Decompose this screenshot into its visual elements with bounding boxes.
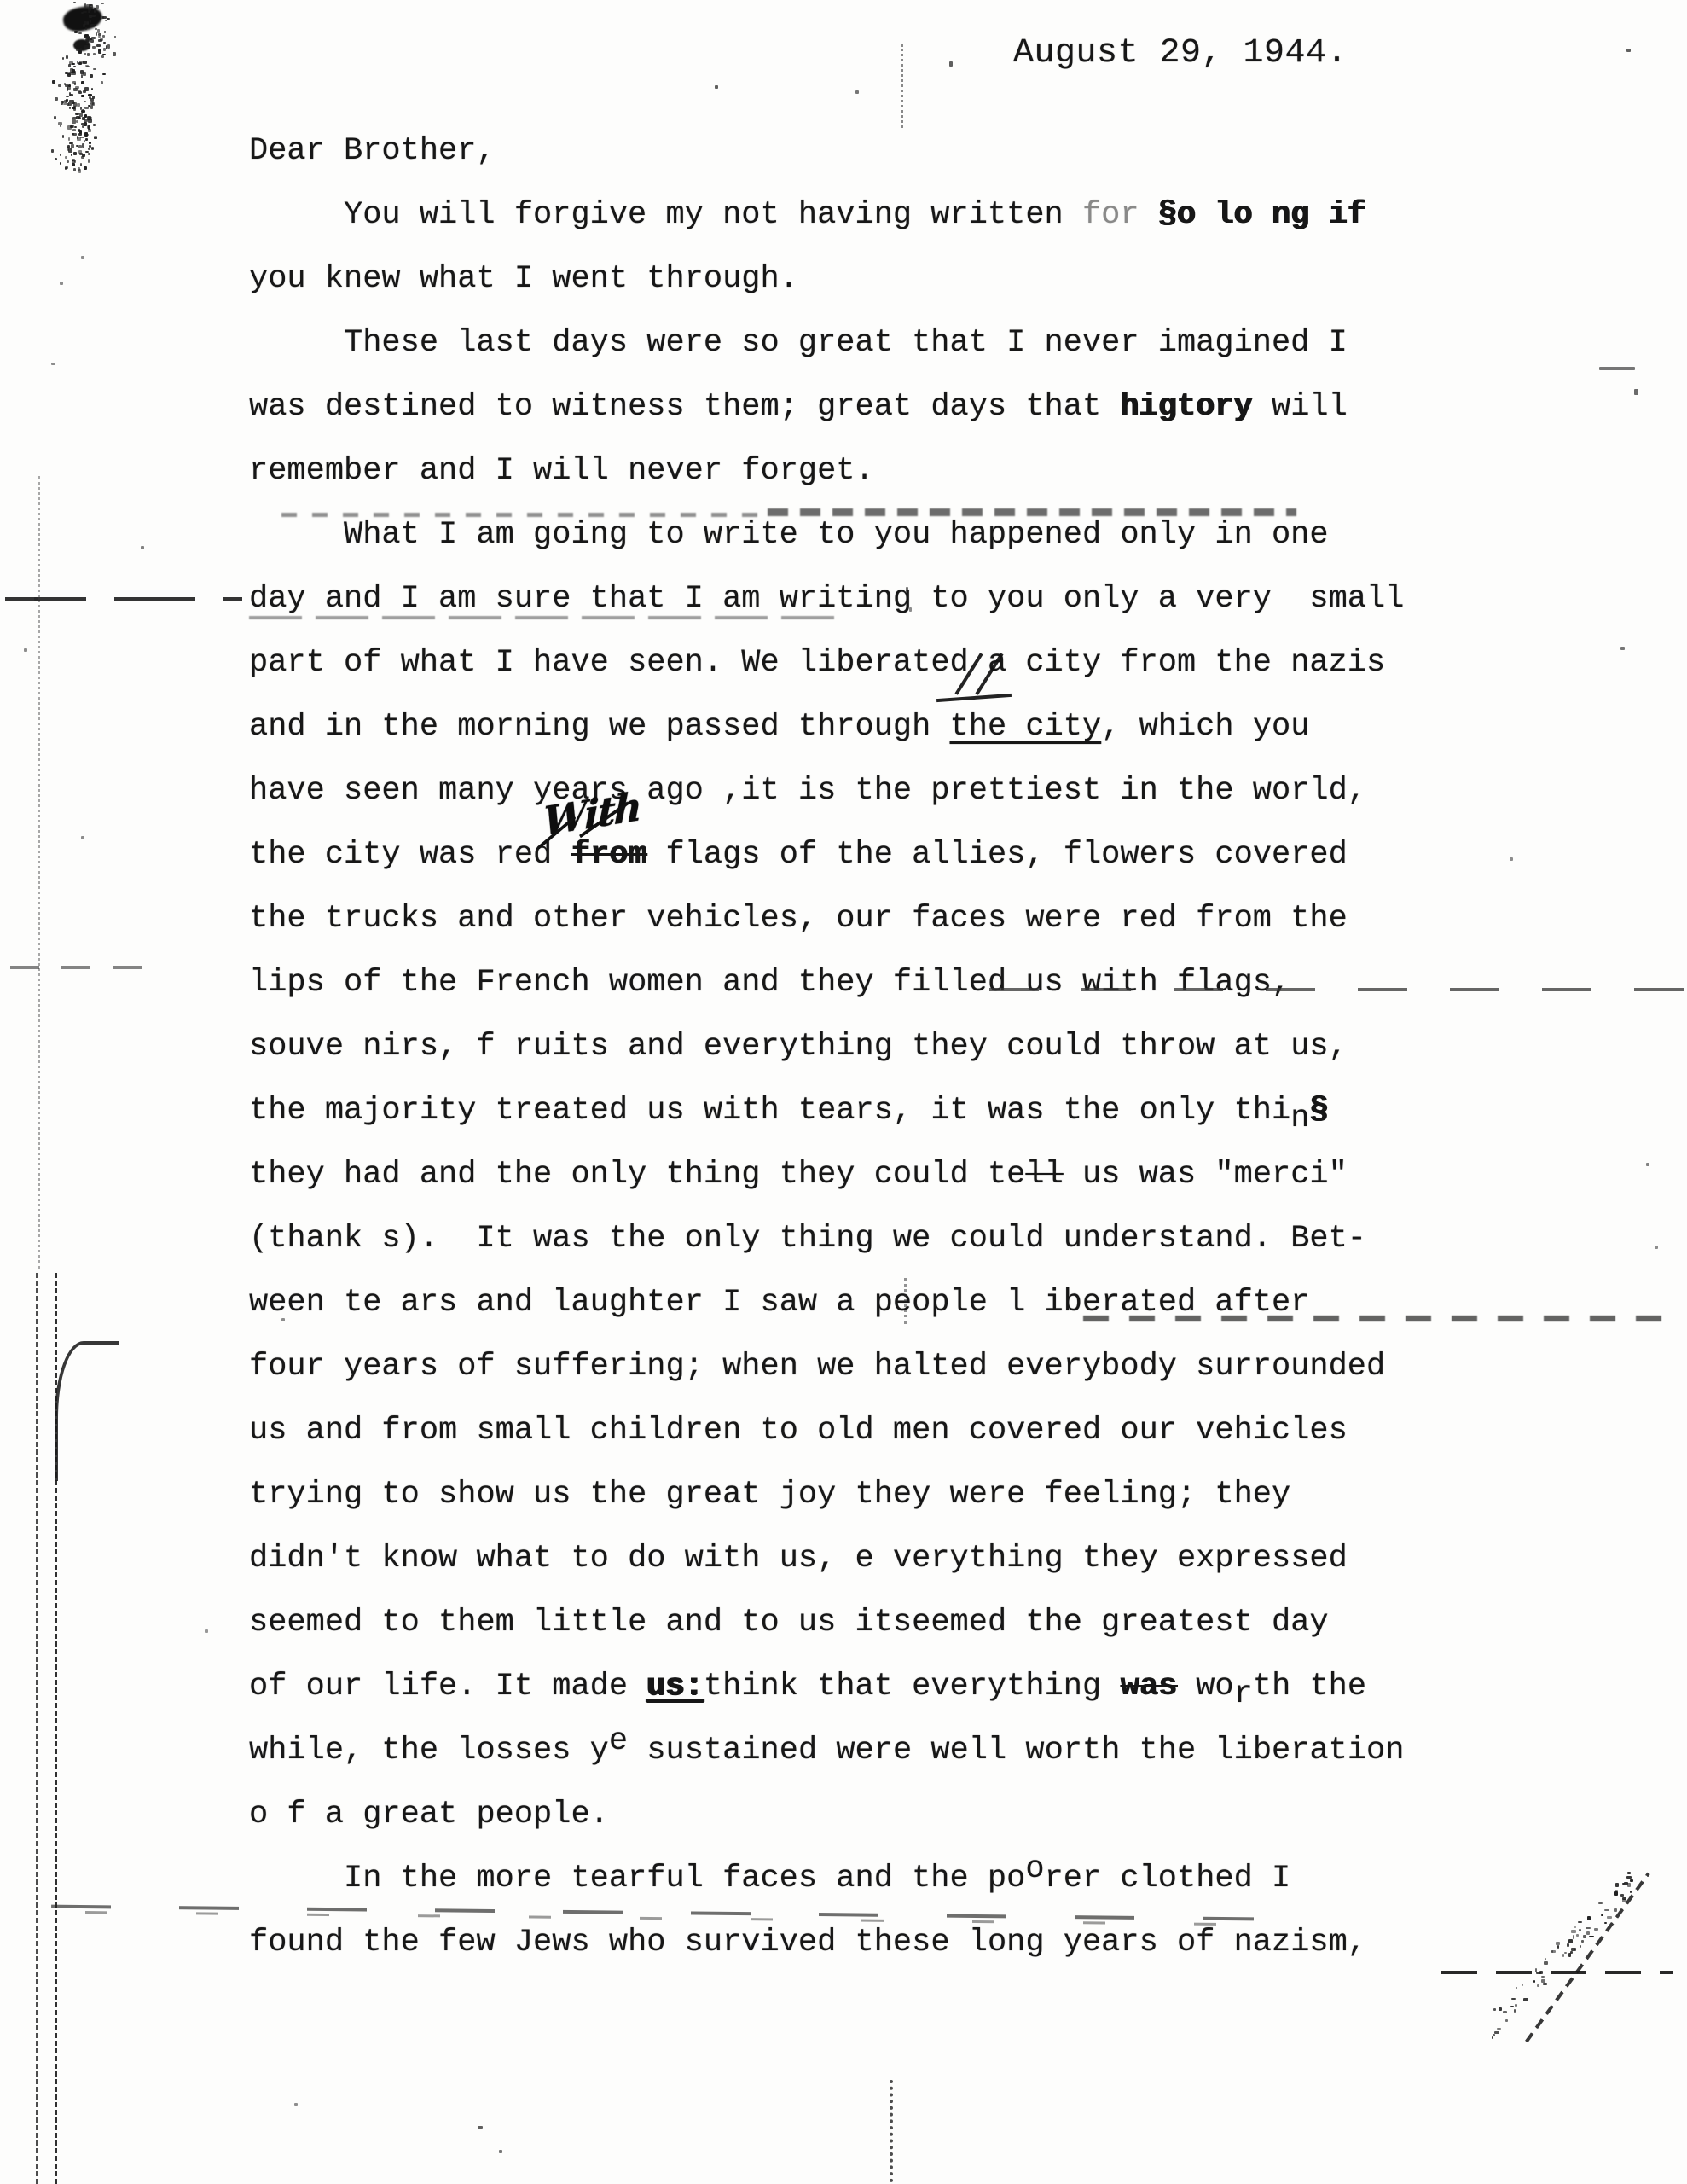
text-segment: day and I am sure that I am writing to y… bbox=[249, 581, 1404, 617]
ink-speck bbox=[81, 74, 83, 78]
ink-speck bbox=[1599, 367, 1635, 370]
ink-speck bbox=[97, 29, 99, 33]
letter-line: Dear Brother, bbox=[249, 119, 1460, 183]
ink-speck bbox=[1615, 1890, 1618, 1891]
ink-speck bbox=[84, 87, 89, 91]
ink-speck bbox=[90, 74, 93, 78]
ink-speck bbox=[72, 81, 76, 84]
ink-speck bbox=[81, 95, 84, 97]
ink-speck bbox=[78, 145, 83, 148]
diagonal-scribble-speckle bbox=[1482, 1870, 1657, 2045]
ink-speck bbox=[77, 103, 80, 107]
letter-line: ween te ars and laughter I saw a people … bbox=[249, 1271, 1460, 1335]
ink-speck bbox=[80, 70, 84, 73]
handwriting-stroke bbox=[936, 694, 1012, 702]
ink-speck bbox=[1598, 1902, 1603, 1904]
ink-speck bbox=[34, 597, 38, 601]
ink-speck bbox=[1543, 1983, 1547, 1985]
letter-line: You will forgive my not having written f… bbox=[249, 183, 1460, 247]
ink-speck bbox=[66, 55, 68, 59]
ink-speck bbox=[80, 136, 84, 138]
text-segment: th the bbox=[1253, 1669, 1366, 1705]
ink-speck bbox=[84, 101, 86, 103]
ink-speck bbox=[78, 90, 82, 92]
text-segment: souve nirs, f ruits and everything they … bbox=[249, 1029, 1348, 1065]
text-segment bbox=[1139, 197, 1158, 233]
ink-speck bbox=[1492, 2036, 1493, 2039]
ink-speck bbox=[1586, 1927, 1591, 1929]
ink-speck bbox=[64, 100, 67, 103]
ink-speck bbox=[52, 80, 55, 84]
ink-speck bbox=[81, 256, 84, 259]
text-segment: four years of suffering; when we halted … bbox=[249, 1349, 1385, 1385]
text-segment: remember and I will never forget. bbox=[249, 453, 874, 489]
ink-speck bbox=[58, 84, 61, 88]
ink-speck bbox=[73, 66, 76, 67]
text-segment: of our life. It made bbox=[249, 1669, 646, 1705]
ink-speck bbox=[101, 81, 103, 84]
ink-speck bbox=[1630, 1879, 1633, 1883]
ink-speck bbox=[90, 105, 93, 109]
ink-speck bbox=[84, 114, 87, 118]
ink-speck bbox=[104, 31, 106, 33]
ink-speck bbox=[1557, 1945, 1559, 1949]
ink-speck bbox=[102, 73, 106, 76]
ink-speck bbox=[1574, 1926, 1576, 1928]
ink-speck bbox=[1522, 1984, 1523, 1986]
ink-speck bbox=[1594, 1928, 1598, 1931]
letter-line: of our life. It made us:think that every… bbox=[249, 1655, 1460, 1719]
ink-speck bbox=[67, 87, 69, 91]
text-segment: the city bbox=[950, 709, 1102, 745]
letter-line: the majority treated us with tears, it w… bbox=[249, 1079, 1460, 1143]
ink-speck bbox=[1583, 1935, 1586, 1938]
ink-speck bbox=[1614, 1908, 1618, 1912]
ink-speck bbox=[1620, 1894, 1624, 1897]
ink-speck bbox=[84, 140, 86, 142]
ink-speck bbox=[88, 153, 91, 155]
ink-speck bbox=[499, 2150, 502, 2153]
ink-speck bbox=[1541, 1979, 1545, 1983]
ink-speck bbox=[72, 163, 75, 166]
margin-dash-artifact bbox=[10, 966, 147, 969]
ink-speck bbox=[76, 49, 80, 51]
ink-speck bbox=[1620, 647, 1625, 650]
text-segment: the city was red bbox=[249, 837, 571, 873]
ink-speck bbox=[102, 35, 105, 38]
letter-line: you knew what I went through. bbox=[249, 247, 1460, 311]
ink-speck bbox=[81, 836, 84, 839]
margin-dash-artifact bbox=[5, 597, 242, 601]
text-segment: was bbox=[1120, 1669, 1177, 1705]
ink-speck bbox=[90, 20, 91, 23]
ink-speck bbox=[88, 148, 90, 151]
fold-mark-dots bbox=[890, 2080, 893, 2182]
ink-speck bbox=[65, 166, 69, 168]
letter-line: part of what I have seen. We liberated a… bbox=[249, 631, 1460, 695]
text-segment: § bbox=[1309, 1093, 1328, 1129]
text-segment: trying to show us the great joy they wer… bbox=[249, 1477, 1290, 1513]
text-segment: the trucks and other vehicles, our faces… bbox=[249, 901, 1348, 937]
ink-speck bbox=[78, 150, 82, 154]
ink-speck bbox=[51, 149, 54, 153]
fold-mark-dots bbox=[901, 44, 903, 128]
ink-speck bbox=[949, 61, 953, 67]
ink-speck bbox=[73, 152, 77, 155]
text-segment: us was "merci" bbox=[1064, 1157, 1348, 1193]
letter-date: August 29, 1944. bbox=[1013, 34, 1348, 73]
ink-speck bbox=[55, 97, 59, 101]
ink-speck bbox=[1505, 2019, 1509, 2023]
ink-speck bbox=[84, 107, 89, 109]
ink-speck bbox=[78, 62, 82, 65]
ink-speck bbox=[63, 103, 67, 105]
text-segment: while, the losses bbox=[249, 1733, 590, 1769]
scan-streak-artifact bbox=[1083, 1316, 1680, 1321]
ink-speck bbox=[1568, 1953, 1571, 1957]
ink-speck bbox=[90, 38, 92, 40]
ink-speck bbox=[1541, 1976, 1545, 1978]
ink-speck bbox=[93, 68, 96, 70]
letter-line: the trucks and other vehicles, our faces… bbox=[249, 887, 1460, 951]
ink-speck bbox=[1626, 49, 1631, 52]
text-segment: You will forgive my not having written bbox=[344, 197, 1082, 233]
ink-speck bbox=[68, 84, 70, 88]
ink-speck bbox=[88, 129, 91, 132]
ink-speck bbox=[72, 119, 76, 123]
left-edge-dotted-line bbox=[38, 476, 40, 1269]
ink-speck bbox=[1510, 857, 1513, 861]
ink-speck bbox=[101, 3, 105, 4]
letter-line: and in the morning we passed through the… bbox=[249, 695, 1460, 759]
text-segment: was destined to witness them; great days… bbox=[249, 389, 1120, 425]
ink-speck bbox=[24, 648, 27, 652]
ink-speck bbox=[71, 154, 72, 156]
ink-speck bbox=[1626, 1876, 1631, 1879]
text-segment: higtory bbox=[1120, 389, 1252, 425]
ink-speck bbox=[91, 15, 96, 17]
ink-speck bbox=[84, 122, 88, 126]
ink-speck bbox=[98, 36, 101, 38]
ink-speck bbox=[1630, 1891, 1632, 1894]
ink-speck bbox=[1655, 1246, 1658, 1249]
letter-line: These last days were so great that I nev… bbox=[249, 311, 1460, 375]
ink-speck bbox=[83, 11, 87, 13]
letter-line: they had and the only thing they could t… bbox=[249, 1143, 1460, 1207]
ink-speck bbox=[84, 166, 87, 170]
ink-speck bbox=[1634, 389, 1638, 395]
letter-line: day and I am sure that I am writing to y… bbox=[249, 567, 1460, 631]
ink-speck bbox=[60, 282, 63, 285]
ink-speck bbox=[62, 135, 64, 138]
ink-blob-artifact bbox=[44, 2, 126, 169]
ink-speck bbox=[94, 24, 96, 26]
text-segment: (thank s). It was the only thing we coul… bbox=[249, 1221, 1366, 1257]
letter-line: us and from small children to old men co… bbox=[249, 1399, 1460, 1463]
scan-streak-artifact bbox=[989, 988, 1687, 991]
ink-speck bbox=[64, 83, 66, 84]
ink-speck bbox=[281, 1318, 285, 1321]
ink-speck bbox=[70, 68, 73, 73]
ink-speck bbox=[906, 587, 908, 592]
ink-speck bbox=[1499, 2007, 1502, 2011]
ink-speck bbox=[84, 132, 87, 136]
ink-speck bbox=[73, 88, 78, 91]
ink-speck bbox=[1646, 1163, 1649, 1166]
ink-speck bbox=[83, 61, 87, 64]
ink-speck bbox=[1494, 2031, 1499, 2034]
ink-speck bbox=[1544, 1961, 1548, 1964]
letter-line: souve nirs, f ruits and everything they … bbox=[249, 1015, 1460, 1079]
ink-speck bbox=[96, 32, 98, 36]
text-segment: These last days were so great that I nev… bbox=[344, 325, 1348, 361]
text-segment: , which you bbox=[1101, 709, 1309, 745]
ink-speck bbox=[1515, 2004, 1517, 2007]
ink-speck bbox=[90, 4, 93, 6]
ink-speck bbox=[102, 16, 107, 19]
ink-speck bbox=[76, 116, 80, 119]
ink-speck bbox=[1523, 1998, 1528, 2002]
ink-speck bbox=[1604, 1909, 1609, 1911]
ink-speck bbox=[94, 136, 97, 139]
ink-speck bbox=[1589, 1936, 1594, 1938]
ink-speck bbox=[70, 125, 73, 128]
letter-line: four years of suffering; when we halted … bbox=[249, 1335, 1460, 1399]
ink-speck bbox=[101, 55, 104, 57]
left-margin-hook-artifact bbox=[55, 1341, 119, 1481]
ink-speck bbox=[855, 90, 859, 94]
ink-speck bbox=[1578, 1921, 1582, 1924]
ink-speck bbox=[91, 147, 95, 150]
ink-speck bbox=[84, 34, 89, 37]
ink-speck bbox=[93, 53, 96, 56]
ink-speck bbox=[1497, 2028, 1502, 2030]
scanned-letter-page: August 29, 1944. Dear Brother,You will f… bbox=[0, 0, 1687, 2184]
ink-speck bbox=[1514, 2009, 1516, 2013]
letter-line: lips of the French women and they filled… bbox=[249, 951, 1460, 1015]
text-segment: wo bbox=[1177, 1669, 1234, 1705]
ink-speck bbox=[1503, 2011, 1507, 2013]
ink-speck bbox=[73, 2, 76, 3]
ink-speck bbox=[54, 116, 56, 120]
letter-line: trying to show us the great joy they wer… bbox=[249, 1463, 1460, 1527]
ink-speck bbox=[107, 44, 110, 49]
ink-speck bbox=[106, 45, 107, 49]
ink-speck bbox=[93, 124, 95, 127]
letter-line: didn't know what to do with us, e veryth… bbox=[249, 1527, 1460, 1591]
ink-speck bbox=[1624, 1882, 1628, 1884]
handwritten-scribble-mark bbox=[936, 653, 1015, 703]
ink-speck bbox=[1579, 1929, 1581, 1931]
ink-speck bbox=[83, 24, 85, 28]
ink-speck bbox=[1493, 2008, 1496, 2011]
ink-speck bbox=[87, 53, 90, 56]
ink-speck bbox=[76, 113, 78, 115]
ink-speck bbox=[72, 133, 77, 136]
text-segment: lips of the French women and they filled… bbox=[249, 965, 1290, 1001]
ink-speck bbox=[1510, 2006, 1515, 2007]
ink-speck bbox=[1607, 1916, 1612, 1920]
text-segment: they had and the only thing they could t… bbox=[249, 1157, 1025, 1193]
ink-speck bbox=[58, 122, 62, 125]
erased-text-smudge bbox=[281, 502, 1339, 524]
ink-speck bbox=[1533, 1980, 1536, 1984]
ink-speck bbox=[80, 163, 82, 166]
text-segment: didn't know what to do with us, e veryth… bbox=[249, 1541, 1348, 1577]
text-segment: seemed to them little and to us itseemed… bbox=[249, 1605, 1329, 1641]
ink-speck bbox=[82, 143, 84, 148]
text-segment: will bbox=[1253, 389, 1348, 425]
ink-speck bbox=[1581, 1940, 1584, 1943]
ink-speck bbox=[103, 42, 106, 44]
ink-speck bbox=[98, 49, 101, 51]
ink-speck bbox=[79, 113, 83, 117]
ink-speck bbox=[88, 11, 90, 13]
text-segment: §o lo ng if bbox=[1158, 197, 1366, 233]
text-segment: y bbox=[590, 1733, 609, 1769]
text-segment: have seen many years ago ,it is the pret… bbox=[249, 773, 1366, 809]
ink-speck bbox=[478, 2126, 483, 2129]
ink-speck bbox=[98, 39, 102, 42]
ink-speck bbox=[1511, 1998, 1516, 2001]
ink-speck bbox=[81, 81, 85, 85]
ink-speck bbox=[76, 120, 78, 124]
ink-speck bbox=[1567, 1943, 1568, 1947]
text-segment: e bbox=[609, 1723, 628, 1759]
ink-speck bbox=[1587, 1916, 1591, 1920]
letter-line: (thank s). It was the only thing we coul… bbox=[249, 1207, 1460, 1271]
ink-speck bbox=[68, 102, 71, 106]
ink-speck bbox=[76, 145, 78, 147]
ink-speck bbox=[1571, 1930, 1575, 1933]
ink-speck bbox=[1622, 1899, 1627, 1902]
ink-speck bbox=[1573, 1935, 1575, 1939]
scan-streak-artifact bbox=[249, 616, 846, 619]
ink-speck bbox=[1556, 1942, 1559, 1945]
ink-speck bbox=[715, 85, 718, 89]
ink-speck bbox=[96, 5, 99, 9]
ink-speck bbox=[1545, 1958, 1546, 1960]
letter-line: seemed to them little and to us itseemed… bbox=[249, 1591, 1460, 1655]
ink-speck bbox=[78, 32, 82, 34]
text-segment: ll bbox=[1025, 1157, 1063, 1193]
letter-line: the city was red from flags of the allie… bbox=[249, 823, 1460, 887]
text-segment: r bbox=[1234, 1676, 1253, 1712]
ink-speck bbox=[89, 142, 92, 144]
ink-speck bbox=[70, 94, 73, 97]
text-segment: you knew what I went through. bbox=[249, 261, 798, 297]
ink-speck bbox=[69, 107, 71, 109]
ink-speck bbox=[1576, 1934, 1580, 1937]
ink-speck bbox=[1586, 1931, 1590, 1935]
ink-speck bbox=[60, 154, 61, 155]
ink-speck bbox=[78, 169, 80, 173]
ink-speck bbox=[68, 72, 72, 75]
ink-speck bbox=[105, 20, 107, 21]
ink-speck bbox=[67, 160, 70, 163]
ink-speck bbox=[65, 156, 67, 159]
ink-speck bbox=[88, 159, 90, 162]
text-segment: part of what I have seen. We liberated a… bbox=[249, 645, 1385, 681]
text-segment: Dear Brother, bbox=[249, 133, 496, 169]
letter-line: o f a great people. bbox=[249, 1783, 1460, 1847]
ink-speck bbox=[74, 31, 78, 33]
left-edge-dashed-line bbox=[36, 1273, 38, 2184]
letter-line: have seen many years ago ,it is the pret… bbox=[249, 759, 1460, 823]
ink-speck bbox=[909, 607, 912, 612]
text-segment: In the more tearful faces and the po bbox=[344, 1861, 1025, 1896]
ink-speck bbox=[84, 45, 88, 49]
text-segment: n bbox=[1290, 1101, 1309, 1136]
ink-speck bbox=[90, 98, 94, 102]
ink-speck bbox=[72, 129, 76, 131]
ink-speck bbox=[51, 363, 55, 365]
ink-speck bbox=[66, 96, 69, 97]
text-segment: us: bbox=[646, 1669, 704, 1705]
ink-speck bbox=[294, 2103, 298, 2106]
fold-mark-dots bbox=[904, 1278, 907, 1324]
text-segment: and in the morning we passed through bbox=[249, 709, 950, 745]
ink-speck bbox=[84, 3, 86, 7]
ink-speck bbox=[1516, 1987, 1517, 1989]
ink-speck bbox=[55, 158, 57, 160]
ink-speck bbox=[1604, 1922, 1608, 1924]
ink-speck bbox=[1535, 1968, 1538, 1972]
text-segment: rer clothed I bbox=[1045, 1861, 1291, 1896]
ink-speck bbox=[89, 145, 91, 148]
ink-speck bbox=[1562, 1954, 1564, 1957]
ink-speck bbox=[1568, 1939, 1573, 1943]
ink-speck bbox=[1539, 1971, 1542, 1974]
ink-speck bbox=[1615, 1883, 1619, 1887]
ink-speck bbox=[141, 546, 144, 549]
text-segment: flags of the allies, flowers covered bbox=[646, 837, 1348, 873]
text-segment: found the few Jews who survived these lo… bbox=[249, 1925, 1366, 1960]
letter-line: was destined to witness them; great days… bbox=[249, 375, 1460, 439]
letter-line: In the more tearful faces and the poorer… bbox=[249, 1847, 1460, 1911]
ink-speck bbox=[98, 33, 101, 36]
text-segment: o bbox=[1025, 1851, 1044, 1887]
ink-speck bbox=[68, 64, 72, 67]
ink-speck bbox=[1614, 1891, 1617, 1896]
ink-speck bbox=[60, 162, 62, 165]
ink-speck bbox=[1537, 1984, 1539, 1988]
ink-speck bbox=[92, 46, 95, 49]
ink-speck bbox=[1551, 1950, 1556, 1953]
letter-line: remember and I will never forget. bbox=[249, 439, 1460, 503]
ink-speck bbox=[114, 36, 116, 38]
ink-speck bbox=[205, 1629, 208, 1633]
ink-speck bbox=[73, 168, 76, 171]
ink-speck bbox=[1580, 1945, 1581, 1948]
ink-speck bbox=[88, 94, 91, 96]
letter-line: while, the losses ye sustained were well… bbox=[249, 1719, 1460, 1783]
text-segment: sustained were well worth the liberation bbox=[628, 1733, 1404, 1769]
ink-speck bbox=[73, 102, 77, 107]
ink-speck bbox=[96, 44, 100, 47]
ink-speck bbox=[113, 52, 116, 55]
ink-speck bbox=[85, 138, 88, 140]
ink-speck bbox=[91, 88, 93, 90]
text-segment: think that everything bbox=[704, 1669, 1120, 1705]
ink-speck bbox=[1564, 1952, 1566, 1955]
ink-speck bbox=[62, 57, 64, 60]
text-segment: for bbox=[1082, 197, 1139, 233]
ink-speck bbox=[85, 65, 89, 67]
ink-speck bbox=[79, 130, 82, 134]
ink-speck bbox=[1627, 1872, 1630, 1874]
ink-speck bbox=[1601, 1914, 1603, 1916]
